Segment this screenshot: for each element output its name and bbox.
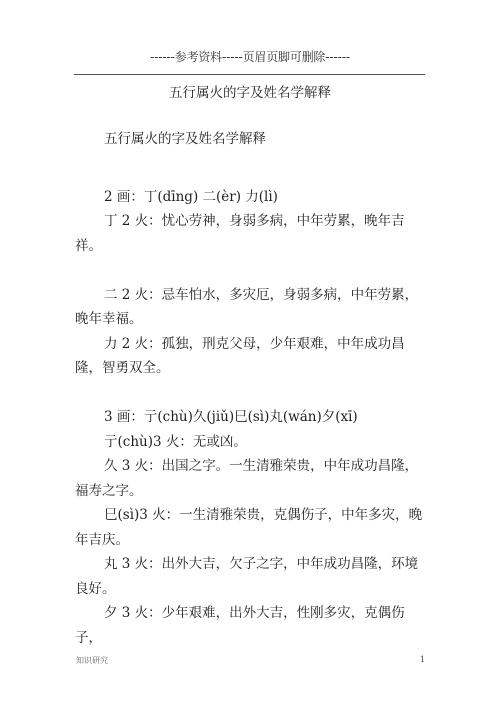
character-entry: 巳(sì)3 火：一生清雅荣贵，克偶伤子，中年多灾，晚年吉庆。 [75, 503, 425, 552]
document-page: ------参考资料-----页眉页脚可删除------ 五行属火的字及姓名学解… [0, 0, 500, 708]
document-title: 五行属火的字及姓名学解释 [0, 81, 500, 101]
character-entry: 力 2 火：孤独，刑克父母，少年艰难，中年成功昌隆，智勇双全。 [75, 332, 425, 381]
page-header: ------参考资料-----页眉页脚可删除------ [0, 48, 500, 65]
character-entry: 二 2 火：忌车怕水，多灾厄，身弱多病，中年劳累，晚年幸福。 [75, 283, 425, 332]
character-entry: 久 3 火：出国之字。一生清雅荣贵，中年成功昌隆，福寿之字。 [75, 454, 425, 503]
spacer [75, 258, 425, 283]
strokes-line: 3 画：亍(chù)久(jiǔ)巳(sì)丸(wán)夕(xī) [75, 405, 425, 430]
character-entry: 夕 3 火：少年艰难，出外大吉，性刚多灾，克偶伤子， [75, 601, 425, 650]
document-body: 五行属火的字及姓名学解释 2 画：丁(dīng) 二(èr) 力(lì) 丁 2… [75, 127, 425, 650]
footer-label: 知识研究 [76, 655, 108, 666]
strokes-line: 2 画：丁(dīng) 二(èr) 力(lì) [75, 185, 425, 210]
spacer [75, 152, 425, 185]
header-divider [74, 74, 425, 75]
character-entry: 丸 3 火：出外大吉，欠子之字，中年成功昌隆，环境良好。 [75, 552, 425, 601]
character-entry: 亍(chù)3 火：无或凶。 [75, 430, 425, 455]
character-entry: 丁 2 火：忧心劳神，身弱多病，中年劳累，晚年吉祥。 [75, 209, 425, 258]
section-heading: 五行属火的字及姓名学解释 [75, 127, 425, 152]
spacer [75, 381, 425, 406]
page-number: 1 [420, 655, 425, 664]
